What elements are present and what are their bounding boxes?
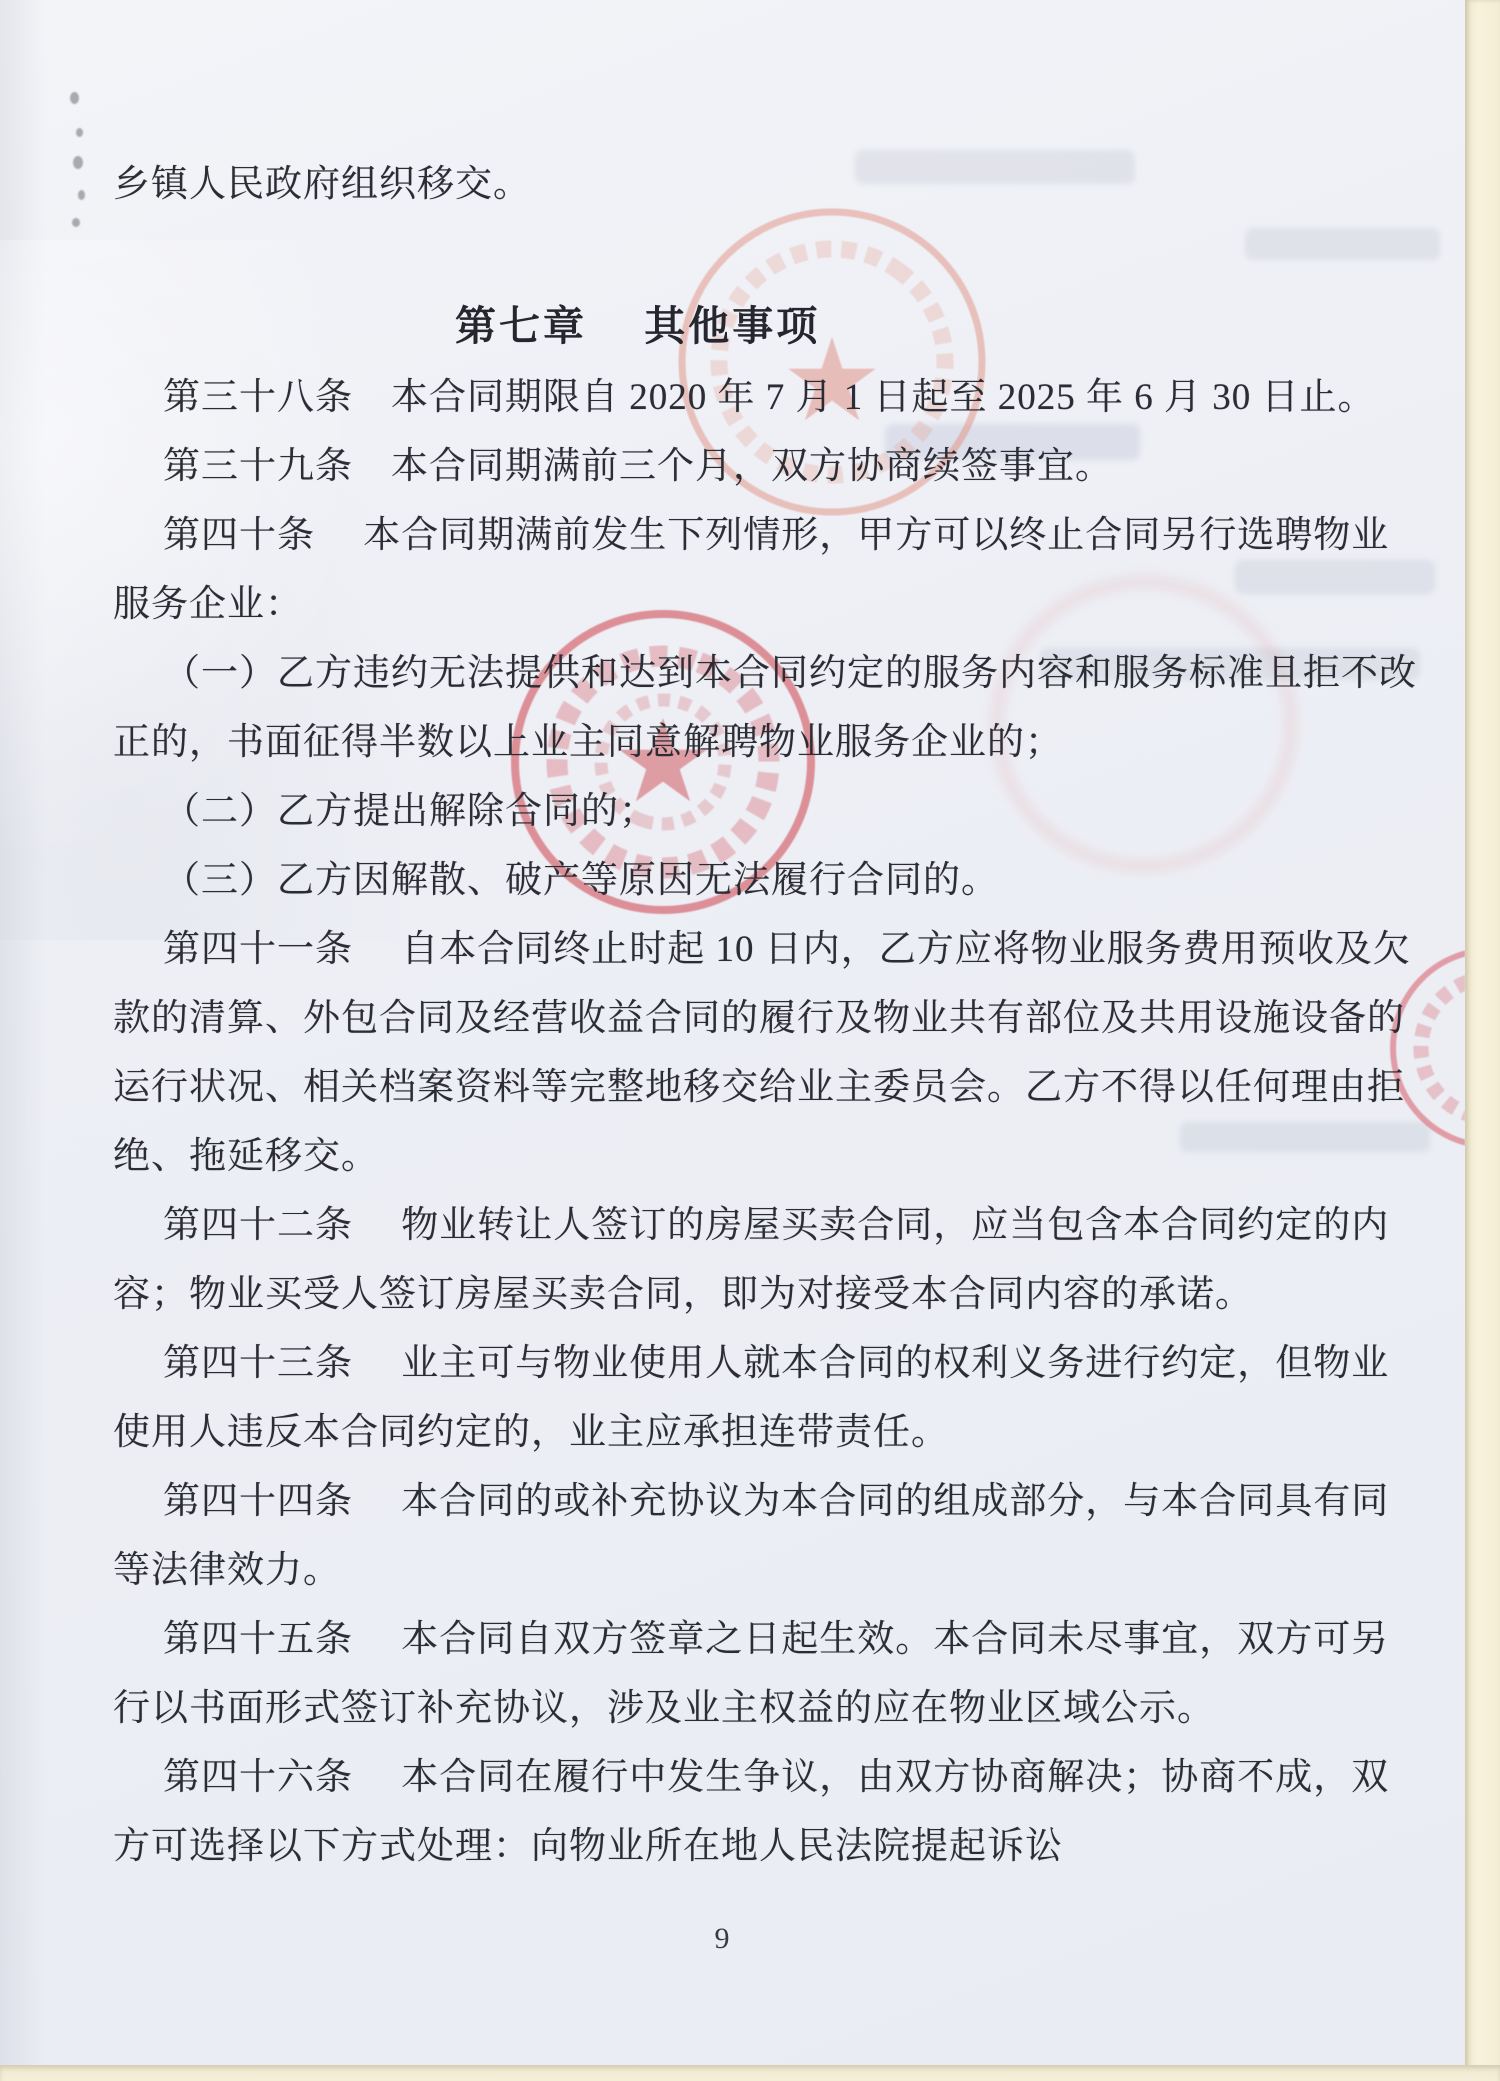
binding-mark bbox=[78, 190, 85, 200]
bleed-through-text bbox=[1245, 228, 1440, 260]
text-line: 正的，书面征得半数以上业主同意解聘物业服务企业的； bbox=[113, 711, 1063, 765]
text-line: 行以书面形式签订补充协议，涉及业主权益的应在物业区域公示。 bbox=[113, 1677, 1215, 1731]
official-seal-right-partial bbox=[1385, 940, 1465, 1156]
text-line: 方可选择以下方式处理：向物业所在地人民法院提起诉讼 bbox=[113, 1815, 1063, 1869]
text-line: 容；物业买受人签订房屋买卖合同，即为对接受本合同内容的承诺。 bbox=[113, 1263, 1253, 1317]
text-line: 绝、拖延移交。 bbox=[113, 1125, 379, 1179]
text-line: 使用人违反本合同约定的，业主应承担连带责任。 bbox=[113, 1401, 949, 1455]
text-line: （三）乙方因解散、破产等原因无法履行合同的。 bbox=[163, 849, 999, 903]
binding-mark bbox=[73, 156, 83, 169]
scanner-edge-right bbox=[1465, 0, 1500, 2081]
bleed-through-text bbox=[855, 150, 1135, 184]
text-line: 等法律效力。 bbox=[113, 1539, 341, 1593]
text-line: 第四十二条 物业转让人签订的房屋买卖合同，应当包含本合同约定的内 bbox=[163, 1194, 1389, 1248]
text-line: 第四十条 本合同期满前发生下列情形，甲方可以终止合同另行选聘物业 bbox=[163, 504, 1389, 558]
text-line: 第四十四条 本合同的或补充协议为本合同的组成部分，与本合同具有同 bbox=[163, 1470, 1389, 1524]
binding-mark bbox=[76, 128, 83, 137]
text-line: 运行状况、相关档案资料等完整地移交给业主委员会。乙方不得以任何理由拒 bbox=[113, 1056, 1405, 1110]
binding-mark bbox=[72, 218, 80, 227]
binding-mark bbox=[70, 92, 79, 104]
text-line: 第四十三条 业主可与物业使用人就本合同的权利义务进行约定，但物业 bbox=[163, 1332, 1389, 1386]
bleed-through-text bbox=[1235, 560, 1435, 594]
chapter-title: 第七章 其他事项 bbox=[455, 293, 820, 352]
text-line: 款的清算、外包合同及经营收益合同的履行及物业共有部位及共用设施设备的 bbox=[113, 987, 1405, 1041]
text-line: 第三十九条 本合同期满前三个月，双方协商续签事宜。 bbox=[163, 435, 1113, 489]
page-number: 9 bbox=[702, 1922, 742, 1956]
text-line: （二）乙方提出解除合同的； bbox=[163, 780, 657, 834]
scanned-contract-page: 乡镇人民政府组织移交。 第七章 其他事项 第三十八条 本合同期限自 2020 年… bbox=[0, 0, 1500, 2081]
text-line: 第四十五条 本合同自双方签章之日起生效。本合同未尽事宜，双方可另 bbox=[163, 1608, 1389, 1662]
text-line: 第四十六条 本合同在履行中发生争议，由双方协商解决；协商不成，双 bbox=[163, 1746, 1389, 1800]
text-line-intro: 乡镇人民政府组织移交。 bbox=[113, 153, 531, 207]
text-line: 服务企业： bbox=[113, 573, 303, 627]
text-line: 第四十一条 自本合同终止时起 10 日内，乙方应将物业服务费用预收及欠 bbox=[163, 918, 1411, 972]
scanner-edge-bottom bbox=[0, 2065, 1500, 2081]
text-line: 第三十八条 本合同期限自 2020 年 7 月 1 日起至 2025 年 6 月… bbox=[163, 366, 1376, 420]
text-line: （一）乙方违约无法提供和达到本合同约定的服务内容和服务标准且拒不改 bbox=[163, 642, 1417, 696]
